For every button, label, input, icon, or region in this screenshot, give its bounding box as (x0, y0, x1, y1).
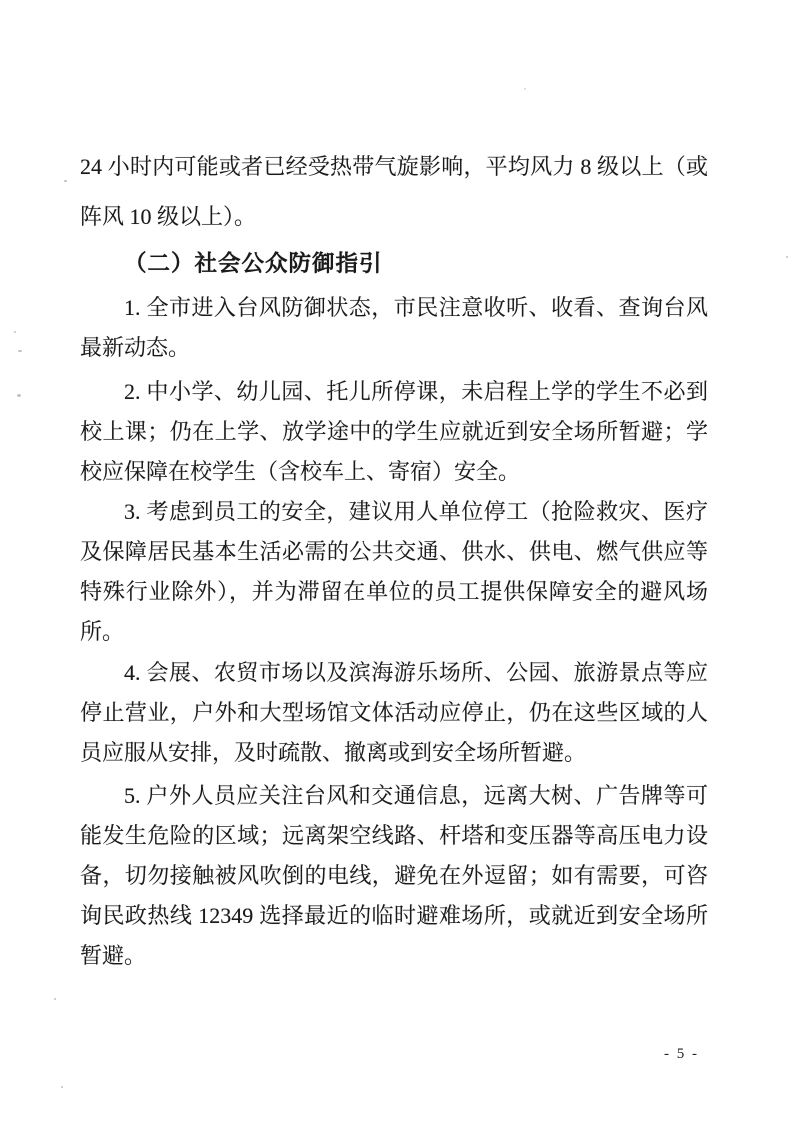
text-line: 最新动态。 (80, 328, 708, 368)
scan-speck (18, 350, 22, 352)
paragraph: 3. 考虑到员工的安全，建议用人单位停工（抢险救灾、医疗及保障居民基本生活必需的… (80, 492, 708, 652)
paragraph: 24 小时内可能或者已经受热带气旋影响，平均风力 8 级以上（或阵风 10 级以… (80, 142, 708, 242)
text-line: 备，切勿接触被风吹倒的电线，避免在外逗留；如有需要，可咨 (80, 856, 708, 896)
text-line: 校应保障在校学生（含校车上、寄宿）安全。 (80, 452, 708, 492)
text-line: 5. 户外人员应关注台风和交通信息，远离大树、广告牌等可 (80, 776, 708, 816)
text-line: 24 小时内可能或者已经受热带气旋影响，平均风力 8 级以上（或 (80, 142, 708, 192)
text-line: （二）社会公众防御指引 (80, 244, 708, 284)
paragraph: 5. 户外人员应关注台风和交通信息，远离大树、广告牌等可能发生危险的区域；远离架… (80, 776, 708, 976)
text-line: 阵风 10 级以上）。 (80, 192, 708, 242)
text-line: 员应服从安排，及时疏散、撤离或到安全场所暂避。 (80, 733, 708, 773)
paragraph: 4. 会展、农贸市场以及滨海游乐场所、公园、旅游景点等应停止营业，户外和大型场馆… (80, 653, 708, 773)
section-heading: （二）社会公众防御指引 (80, 244, 708, 284)
scan-speck (54, 998, 56, 1000)
text-line: 暂避。 (80, 936, 708, 976)
text-line: 所。 (80, 612, 708, 652)
text-line: 询民政热线 12349 选择最近的临时避难场所，或就近到安全场所 (80, 896, 708, 936)
scan-speck (786, 256, 788, 258)
scan-speck (14, 331, 16, 333)
text-line: 能发生危险的区域；远离架空线路、杆塔和变压器等高压电力设 (80, 816, 708, 856)
text-line: 停止营业，户外和大型场馆文体活动应停止，仍在这些区域的人 (80, 693, 708, 733)
scan-speck (17, 394, 21, 397)
text-line: 校上课；仍在上学、放学途中的学生应就近到安全场所暂避；学 (80, 412, 708, 452)
text-line: 2. 中小学、幼儿园、托儿所停课，未启程上学的学生不必到 (80, 372, 708, 412)
scanned-document-page: 24 小时内可能或者已经受热带气旋影响，平均风力 8 级以上（或阵风 10 级以… (0, 0, 800, 1131)
text-line: 特殊行业除外），并为滞留在单位的员工提供保障安全的避风场 (80, 572, 708, 612)
text-line: 及保障居民基本生活必需的公共交通、供水、供电、燃气供应等 (80, 532, 708, 572)
document-body: 24 小时内可能或者已经受热带气旋影响，平均风力 8 级以上（或阵风 10 级以… (80, 142, 708, 976)
text-line: 1. 全市进入台风防御状态，市民注意收听、收看、查询台风 (80, 288, 708, 328)
scan-speck (64, 180, 67, 182)
text-line: 3. 考虑到员工的安全，建议用人单位停工（抢险救灾、医疗 (80, 492, 708, 532)
paragraph: 1. 全市进入台风防御状态，市民注意收听、收看、查询台风最新动态。 (80, 288, 708, 368)
text-line: 4. 会展、农贸市场以及滨海游乐场所、公园、旅游景点等应 (80, 653, 708, 693)
paragraph: 2. 中小学、幼儿园、托儿所停课，未启程上学的学生不必到校上课；仍在上学、放学途… (80, 372, 708, 492)
scan-speck (61, 1086, 63, 1088)
scan-speck (524, 88, 526, 90)
page-number: - 5 - (664, 1046, 699, 1063)
